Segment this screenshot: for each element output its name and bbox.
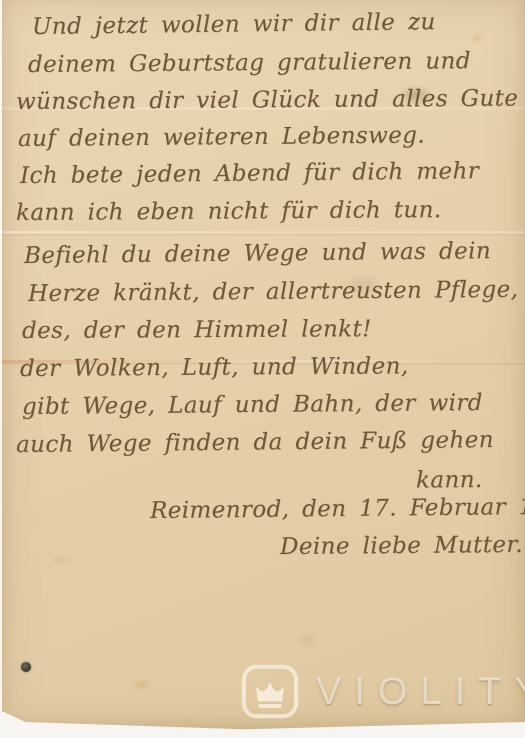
signature-line: Deine liebe Mutter. <box>280 532 523 560</box>
letter-line: Befiehl du deine Wege und was dein <box>24 238 491 269</box>
fold-crease <box>2 231 525 234</box>
letter-line: Ich bete jeden Abend für dich mehr <box>20 158 479 189</box>
letter-line: kann. <box>416 467 483 493</box>
letter-line: Und jetzt wollen wir dir alle zu <box>32 9 436 40</box>
punch-hole-dot <box>21 662 31 672</box>
dateline: Reimenrod, den 17. Februar 1944 <box>150 494 525 524</box>
letter-line: der Wolken, Luft, und Winden, <box>20 353 409 382</box>
letter-line: des, der den Himmel lenkt! <box>22 316 372 344</box>
letter-line: Herze kränkt, der allertreusten Pflege, <box>28 277 518 307</box>
letter-line: auf deinen weiteren Lebensweg. <box>18 122 425 152</box>
letter-line: wünschen dir viel Glück und alles Gute <box>16 85 518 115</box>
photo-of-letter: Und jetzt wollen wir dir alle zu deinem … <box>0 0 525 738</box>
letter-line: kann ich eben nicht für dich tun. <box>16 197 442 226</box>
letter-line: gibt Wege, Lauf und Bahn, der wird <box>22 390 483 420</box>
letter-line: auch Wege finden da dein Fuß gehen <box>16 427 494 458</box>
letter-paper: Und jetzt wollen wir dir alle zu deinem … <box>2 0 525 730</box>
letter-line: deinem Geburtstag gratulieren und <box>28 48 471 78</box>
